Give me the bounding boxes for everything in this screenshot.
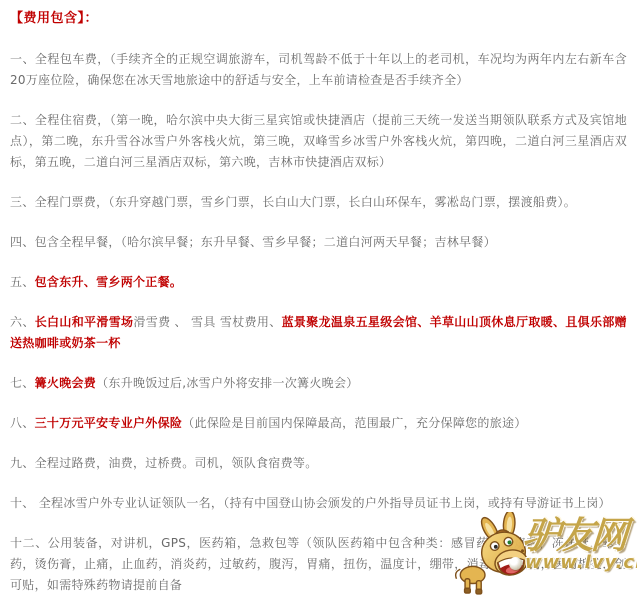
- fee-item-10-text: 十、 全程冰雪户外专业认证领队一名，（持有中国登山协会颁发的户外指导员证书上岗，…: [10, 496, 611, 510]
- fee-included-section: 【费用包含】： 一、全程包车费，（手续齐全的正规空调旅游车，司机驾龄不低于十年以…: [0, 0, 637, 596]
- fee-item-7-prefix: 七、: [10, 376, 35, 390]
- fee-item-7-highlight: 篝火晚会费: [35, 376, 97, 390]
- fee-item-4: 四、包含全程早餐，（哈尔滨早餐；东升早餐、雪乡早餐；二道白河两天早餐；吉林早餐）: [10, 232, 627, 253]
- fee-item-8-prefix: 八、: [10, 416, 35, 430]
- fee-item-1-text: 一、全程包车费，（手续齐全的正规空调旅游车，司机驾龄不低于十年以上的老司机，车况…: [10, 52, 627, 87]
- fee-item-5-highlight: 包含东升、雪乡两个正餐。: [35, 275, 183, 289]
- fee-item-12-text: 十二、公用装备，对讲机，GPS，医药箱，急救包等（领队医药箱中包含种类：感冒药，…: [10, 536, 627, 592]
- fee-item-2: 二、全程住宿费，（第一晚，哈尔滨中央大街三星宾馆或快捷酒店（提前三天统一发送当期…: [10, 110, 627, 173]
- fee-item-2-text: 二、全程住宿费，（第一晚，哈尔滨中央大街三星宾馆或快捷酒店（提前三天统一发送当期…: [10, 113, 627, 169]
- fee-item-4-text: 四、包含全程早餐，（哈尔滨早餐；东升早餐、雪乡早餐；二道白河两天早餐；吉林早餐）: [10, 235, 496, 249]
- fee-item-7-text: （东升晚饭过后,冰雪户外将安排一次篝火晚会）: [96, 376, 358, 390]
- fee-item-8: 八、三十万元平安专业户外保险（此保险是目前国内保障最高，范围最广，充分保障您的旅…: [10, 413, 627, 434]
- fee-item-12: 十二、公用装备，对讲机，GPS，医药箱，急救包等（领队医药箱中包含种类：感冒药，…: [10, 533, 627, 596]
- section-title: 【费用包含】：: [10, 8, 627, 29]
- fee-item-8-text: （此保险是目前国内保障最高，范围最广，充分保障您的旅途）: [182, 416, 526, 430]
- fee-item-6-text: 滑雪费 、 雪具 雪杖费用、: [133, 315, 281, 329]
- fee-item-6-prefix: 六、: [10, 315, 35, 329]
- fee-item-10: 十、 全程冰雪户外专业认证领队一名，（持有中国登山协会颁发的户外指导员证书上岗，…: [10, 493, 627, 514]
- fee-item-6-highlight-1: 长白山和平滑雪场: [35, 315, 134, 329]
- fee-item-9: 九、全程过路费，油费，过桥费。司机，领队食宿费等。: [10, 453, 627, 474]
- fee-item-7: 七、篝火晚会费（东升晚饭过后,冰雪户外将安排一次篝火晚会）: [10, 373, 627, 394]
- fee-item-3: 三、全程门票费，（东升穿越门票，雪乡门票，长白山大门票，长白山环保车，雾凇岛门票…: [10, 192, 627, 213]
- fee-item-6: 六、长白山和平滑雪场滑雪费 、 雪具 雪杖费用、蓝景聚龙温泉五星级会馆、羊草山山…: [10, 312, 627, 354]
- fee-item-8-highlight: 三十万元平安专业户外保险: [35, 416, 183, 430]
- fee-item-3-text: 三、全程门票费，（东升穿越门票，雪乡门票，长白山大门票，长白山环保车，雾凇岛门票…: [10, 195, 576, 209]
- fee-item-5-prefix: 五、: [10, 275, 35, 289]
- fee-item-5: 五、包含东升、雪乡两个正餐。: [10, 272, 627, 293]
- fee-item-1: 一、全程包车费，（手续齐全的正规空调旅游车，司机驾龄不低于十年以上的老司机，车况…: [10, 49, 627, 91]
- fee-item-9-text: 九、全程过路费，油费，过桥费。司机，领队食宿费等。: [10, 456, 318, 470]
